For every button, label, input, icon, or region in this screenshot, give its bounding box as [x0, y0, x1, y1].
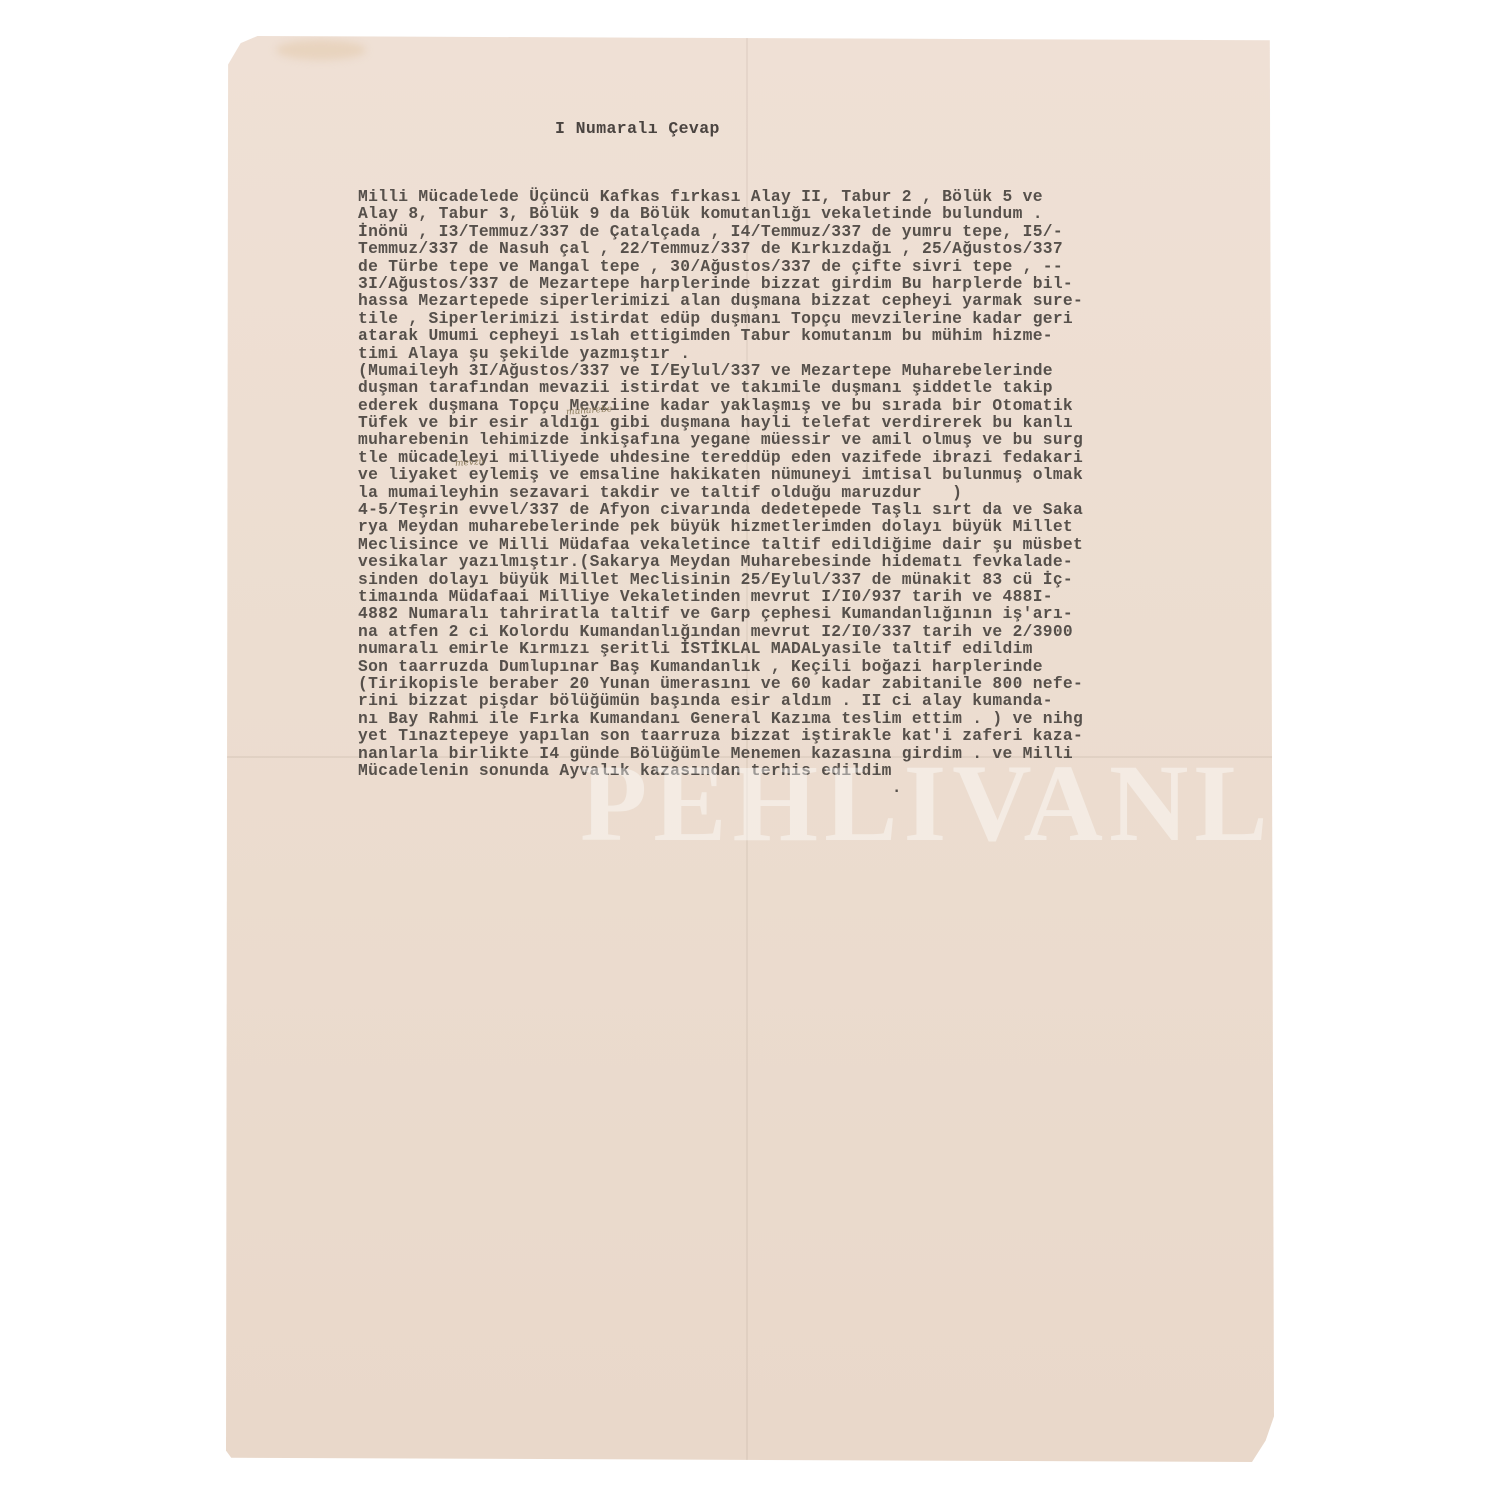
body-line: nı Bay Rahmi ile Fırka Kumandanı General…: [358, 710, 1278, 727]
body-line: muharebenin lehimizde inkişafına yegane …: [358, 431, 1278, 448]
body-line: (Tirikopisle beraber 20 Yunan ümerasını …: [358, 675, 1278, 692]
body-line: Milli Mücadelede Üçüncü Kafkas fırkası A…: [358, 188, 1278, 205]
body-line: sinden dolayı büyük Millet Meclisinin 25…: [358, 571, 1278, 588]
body-line: ve liyaket eylemiş ve emsaline hakikaten…: [358, 466, 1278, 483]
body-line: nanlarla birlikte I4 günde Bölüğümle Men…: [358, 745, 1278, 762]
body-line: Tüfek ve bir esir aldığı gibi duşmana ha…: [358, 414, 1278, 431]
body-line: numaralı emirle Kırmızı şeritli İSTİKLAL…: [358, 640, 1278, 657]
body-line: Alay 8, Tabur 3, Bölük 9 da Bölük komuta…: [358, 205, 1278, 222]
body-line: duşman tarafından mevazii istirdat ve ta…: [358, 379, 1278, 396]
body-line: ederek duşmana Topçu Mevziine kadar yakl…: [358, 397, 1278, 414]
body-line: 4882 Numaralı tahriratla taltif ve Garp …: [358, 605, 1278, 622]
photo-stage: I Numaralı Çevap Milli Mücadelede Üçüncü…: [0, 0, 1500, 1500]
body-line: (Mumaileyh 3I/Ağustos/337 ve I/Eylul/337…: [358, 362, 1278, 379]
body-line: .: [358, 779, 1278, 796]
body-line: de Türbe tepe ve Mangal tepe , 30/Ağusto…: [358, 258, 1278, 275]
handwritten-annotation: mevzii: [455, 457, 485, 469]
body-line: tle mücadeleyi milliyede uhdesine teredd…: [358, 449, 1278, 466]
body-line: Son taarruzda Dumlupınar Baş Kumandanlık…: [358, 658, 1278, 675]
body-line: 3I/Ağustos/337 de Mezartepe harplerinde …: [358, 275, 1278, 292]
body-line: yet Tınaztepeye yapılan son taarruza biz…: [358, 727, 1278, 744]
body-line: timaında Müdafaai Milliye Vekaletinden m…: [358, 588, 1278, 605]
body-line: vesikalar yazılmıştır.(Sakarya Meydan Mu…: [358, 553, 1278, 570]
body-line: Mücadelenin sonunda Ayvalık kazasından t…: [358, 762, 1278, 779]
body-line: atarak Umumi cepheyi ıslah ettigimden Ta…: [358, 327, 1278, 344]
body-line: tile , Siperlerimizi istirdat edüp duşma…: [358, 310, 1278, 327]
body-line: 4-5/Teşrin evvel/337 de Afyon civarında …: [358, 501, 1278, 518]
document-title: I Numaralı Çevap: [555, 119, 720, 138]
body-line: Temmuz/337 de Nasuh çal , 22/Temmuz/337 …: [358, 240, 1278, 257]
document-body: Milli Mücadelede Üçüncü Kafkas fırkası A…: [358, 188, 1278, 797]
body-line: hassa Mezartepede siperlerimizi alan duş…: [358, 292, 1278, 309]
body-line: rya Meydan muharebelerinde pek büyük hiz…: [358, 518, 1278, 535]
body-line: İnönü , I3/Temmuz/337 de Çatalçada , I4/…: [358, 223, 1278, 240]
body-line: timi Alaya şu şekilde yazmıştır .: [358, 345, 1278, 362]
body-line: na atfen 2 ci Kolordu Kumandanlığından m…: [358, 623, 1278, 640]
body-line: la mumaileyhin sezavari takdir ve taltif…: [358, 484, 1278, 501]
body-line: rini bizzat pişdar bölüğümün başında esi…: [358, 692, 1278, 709]
body-line: Meclisince ve Milli Müdafaa vekaletince …: [358, 536, 1278, 553]
paper-stain: [276, 40, 366, 60]
